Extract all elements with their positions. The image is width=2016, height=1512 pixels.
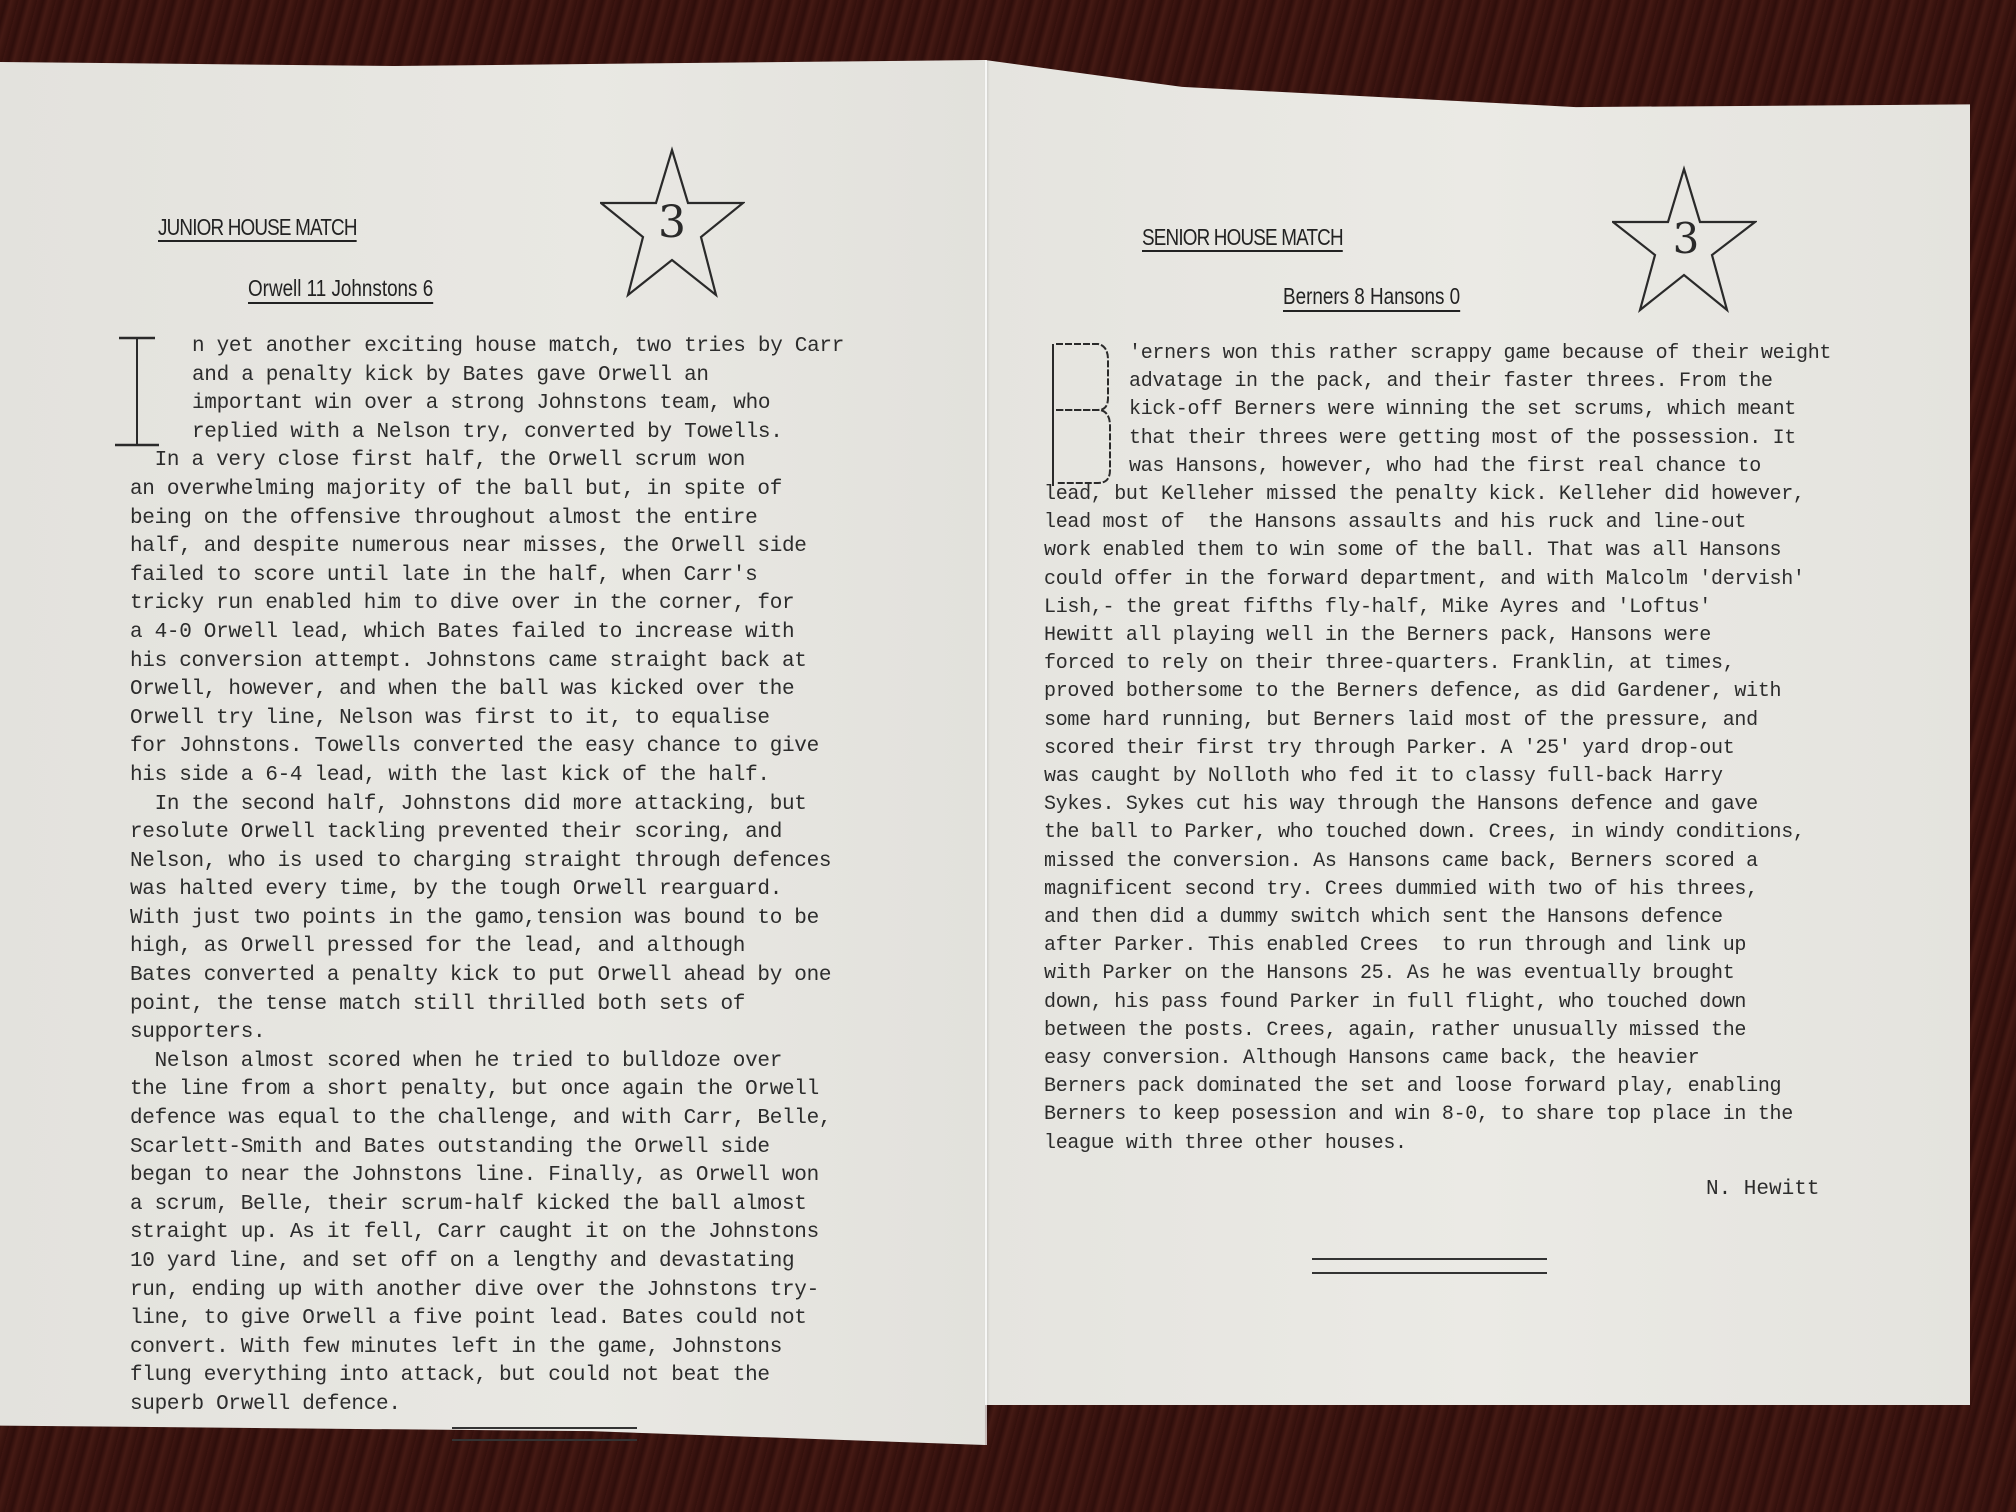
text-line: 'erners won this rather scrappy game bec… [1044,340,1831,368]
text-line: was caught by Nolloth who fed it to clas… [1044,763,1831,791]
text-line: flung everything into attack, but could … [130,1362,844,1391]
score-line: Berners 8 Hansons 0 [1283,283,1460,310]
text-line: high, as Orwell pressed for the lead, an… [130,933,844,962]
badge-number: 3 [1673,214,1700,263]
text-line: Berners pack dominated the set and loose… [1044,1073,1831,1101]
text-line: Lish,- the great fifths fly-half, Mike A… [1044,594,1831,622]
text-line: tricky run enabled him to dive over in t… [130,590,844,619]
text-line: between the posts. Crees, again, rather … [1044,1017,1831,1045]
text-line: Scarlett-Smith and Bates outstanding the… [130,1134,844,1163]
text-line: Hewitt all playing well in the Berners p… [1044,622,1831,650]
text-line: In the second half, Johnstons did more a… [130,791,844,820]
text-line: easy conversion. Although Hansons came b… [1044,1045,1831,1073]
text-line: supporters. [130,1019,844,1048]
text-line: Nelson, who is used to charging straight… [130,848,844,877]
star-icon: 3 [1612,165,1757,315]
text-line: forced to rely on their three-quarters. … [1044,650,1831,678]
text-line: began to near the Johnstons line. Finall… [130,1162,844,1191]
text-line: important win over a strong Johnstons te… [130,390,844,419]
text-line: the ball to Parker, who touched down. Cr… [1044,819,1831,847]
text-line: was Hansons, however, who had the first … [1044,453,1831,481]
article-body: 'erners won this rather scrappy game bec… [1044,340,1831,1158]
text-line: point, the tense match still thrilled bo… [130,991,844,1020]
text-line: Orwell, however, and when the ball was k… [130,676,844,705]
text-line: was halted every time, by the tough Orwe… [130,876,844,905]
text-line: a 4-0 Orwell lead, which Bates failed to… [130,619,844,648]
text-line: replied with a Nelson try, converted by … [130,419,844,448]
text-line: line, to give Orwell a five point lead. … [130,1305,844,1334]
text-line: work enabled them to win some of the bal… [1044,537,1831,565]
article-body: n yet another exciting house match, two … [130,333,844,1420]
text-line: missed the conversion. As Hansons came b… [1044,848,1831,876]
text-line: and a penalty kick by Bates gave Orwell … [130,362,844,391]
text-line: a scrum, Belle, their scrum-half kicked … [130,1191,844,1220]
text-line: and then did a dummy switch which sent t… [1044,904,1831,932]
article-heading: JUNIOR HOUSE MATCH [158,214,357,241]
text-line: for Johnstons. Towells converted the eas… [130,733,844,762]
badge-number: 3 [658,197,686,248]
text-line: his side a 6-4 lead, with the last kick … [130,762,844,791]
text-line: an overwhelming majority of the ball but… [130,476,844,505]
text-line: Berners to keep posession and win 8-0, t… [1044,1101,1831,1129]
text-line: run, ending up with another dive over th… [130,1277,844,1306]
text-line: after Parker. This enabled Crees to run … [1044,932,1831,960]
text-line: league with three other houses. [1044,1130,1831,1158]
text-line: n yet another exciting house match, two … [130,333,844,362]
text-line: his conversion attempt. Johnstons came s… [130,648,844,677]
text-line: down, his pass found Parker in full flig… [1044,989,1831,1017]
text-line: some hard running, but Berners laid most… [1044,707,1831,735]
text-line: lead, but Kelleher missed the penalty ki… [1044,481,1831,509]
text-line: with Parker on the Hansons 25. As he was… [1044,960,1831,988]
text-line: lead most of the Hansons assaults and hi… [1044,509,1831,537]
text-line: advatage in the pack, and their faster t… [1044,368,1831,396]
end-rule [452,1439,637,1441]
author-signature: N. Hewitt [1706,1178,1819,1201]
text-line: convert. With few minutes left in the ga… [130,1334,844,1363]
text-line: 10 yard line, and set off on a lengthy a… [130,1248,844,1277]
score-line: Orwell 11 Johnstons 6 [248,275,433,302]
end-rule [1312,1258,1547,1260]
end-rule [1312,1272,1547,1274]
text-line: straight up. As it fell, Carr caught it … [130,1219,844,1248]
text-line: that their threes were getting most of t… [1044,425,1831,453]
text-line: half, and despite numerous near misses, … [130,533,844,562]
text-line: Nelson almost scored when he tried to bu… [130,1048,844,1077]
text-line: Bates converted a penalty kick to put Or… [130,962,844,991]
text-line: proved bothersome to the Berners defence… [1044,678,1831,706]
star-icon: 3 [600,145,745,300]
text-line: superb Orwell defence. [130,1391,844,1420]
text-line: kick-off Berners were winning the set sc… [1044,396,1831,424]
page-fold [985,60,987,1445]
article-heading: SENIOR HOUSE MATCH [1142,224,1343,251]
text-line: the line from a short penalty, but once … [130,1076,844,1105]
text-line: In a very close first half, the Orwell s… [130,447,844,476]
text-line: With just two points in the gamo,tension… [130,905,844,934]
text-line: failed to score until late in the half, … [130,562,844,591]
text-line: Sykes. Sykes cut his way through the Han… [1044,791,1831,819]
text-line: defence was equal to the challenge, and … [130,1105,844,1134]
text-line: scored their first try through Parker. A… [1044,735,1831,763]
text-line: being on the offensive throughout almost… [130,505,844,534]
end-rule [452,1427,637,1429]
text-line: resolute Orwell tackling prevented their… [130,819,844,848]
text-line: magnificent second try. Crees dummied wi… [1044,876,1831,904]
text-line: could offer in the forward department, a… [1044,566,1831,594]
text-line: Orwell try line, Nelson was first to it,… [130,705,844,734]
